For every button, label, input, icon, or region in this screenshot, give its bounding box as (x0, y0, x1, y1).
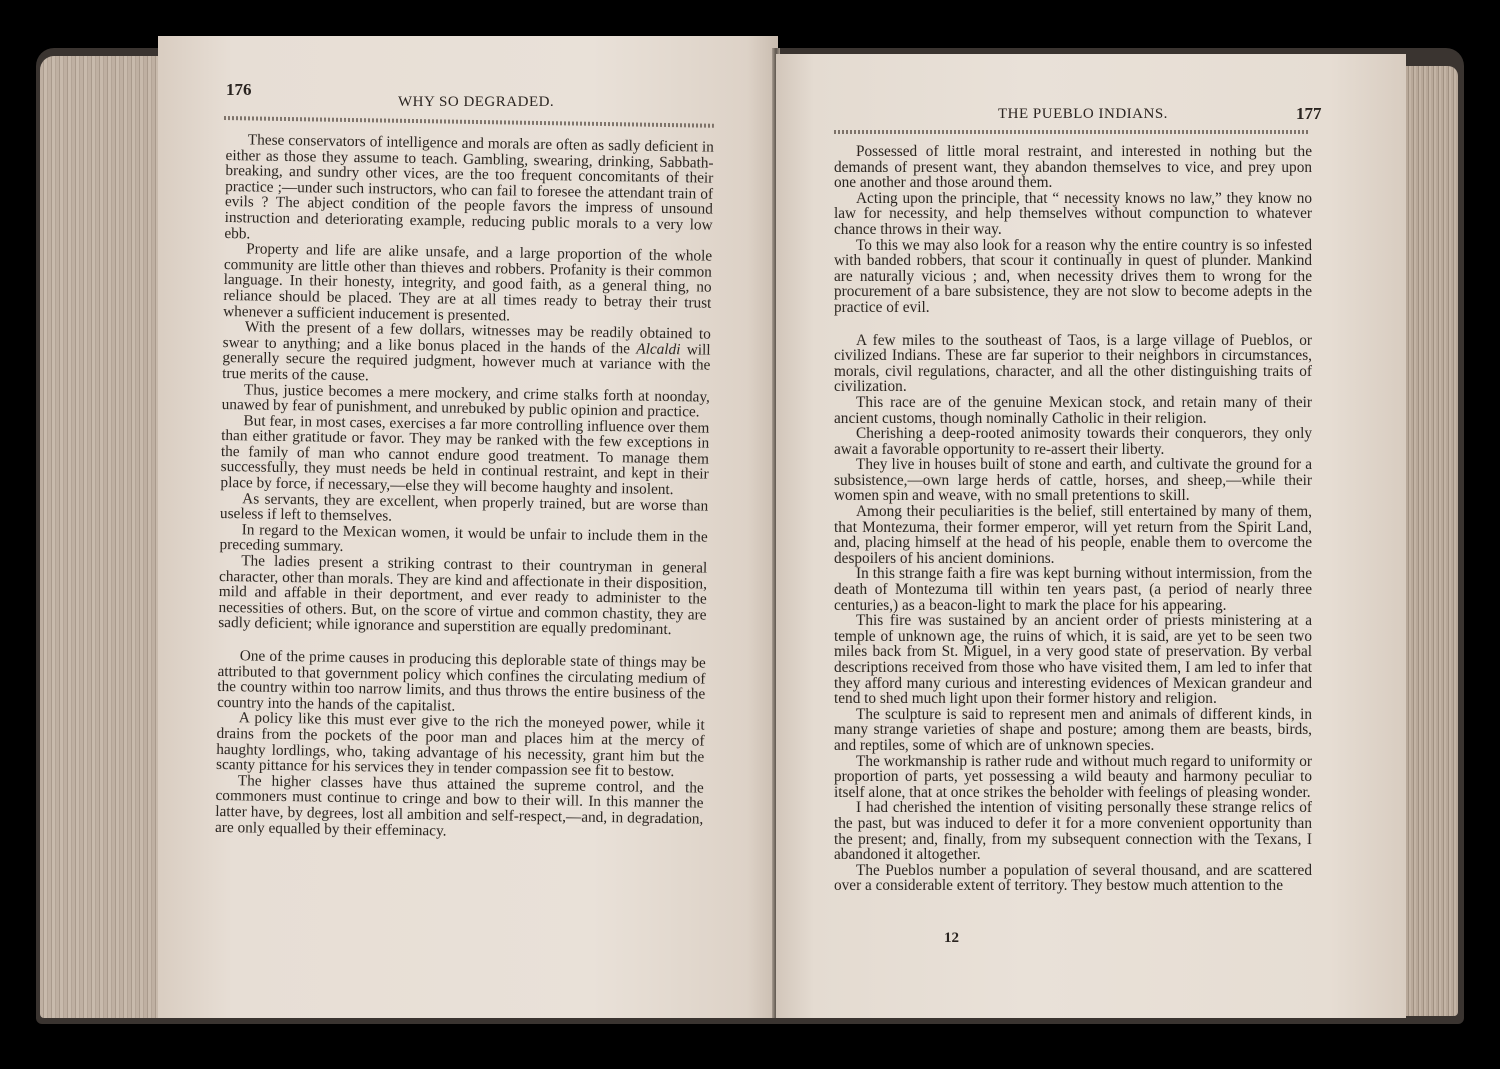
right-page-body: Possessed of little moral restraint, and… (834, 144, 1312, 894)
paragraph: The higher classes have thus attained th… (215, 773, 704, 843)
paragraph: But fear, in most cases, exercises a far… (220, 413, 709, 499)
paragraph: A policy like this must ever give to the… (216, 710, 705, 780)
paragraph: This race are of the genuine Mexican sto… (834, 395, 1312, 426)
paragraph: The Pueblos number a population of sever… (834, 863, 1312, 894)
paragraph: In this strange faith a fire was kept bu… (834, 566, 1312, 613)
right-page: THE PUEBLO INDIANS. 177 Possessed of lit… (776, 54, 1406, 1018)
left-page: 176 WHY SO DEGRADED. These conservators … (158, 36, 778, 1018)
paragraph: The sculpture is said to represent men a… (834, 707, 1312, 754)
paragraph: I had cherished the intention of visitin… (834, 800, 1312, 862)
page-edges-right (1406, 66, 1458, 1016)
paragraph: Property and life are alike unsafe, and … (223, 241, 712, 327)
page-number-right: 177 (1296, 104, 1322, 124)
paragraph: This fire was sustained by an ancient or… (834, 613, 1312, 707)
paragraph: The workmanship is rather rude and witho… (834, 754, 1312, 801)
paragraph: Possessed of little moral restraint, and… (834, 144, 1312, 191)
paragraph: The ladies present a striking contrast t… (218, 553, 707, 639)
paragraph: With the present of a few dollars, witne… (222, 319, 711, 389)
paragraph: Cherishing a deep-rooted animosity towar… (834, 426, 1312, 457)
open-book: 176 WHY SO DEGRADED. These conservators … (36, 48, 1464, 1024)
decorative-rule-right (834, 130, 1310, 134)
paragraph: Among their peculiarities is the belief,… (834, 504, 1312, 566)
paragraph: A few miles to the southeast of Taos, is… (834, 333, 1312, 395)
paragraph: Acting upon the principle, that “ necess… (834, 191, 1312, 238)
decorative-rule-left (224, 116, 714, 128)
paragraph: One of the prime causes in producing thi… (217, 648, 706, 718)
running-head-left: WHY SO DEGRADED. (398, 94, 554, 111)
page-edges-left (40, 56, 168, 1018)
paragraph: To this we may also look for a reason wh… (834, 238, 1312, 316)
left-page-body: These conservators of intelligence and m… (215, 132, 714, 843)
running-head-right: THE PUEBLO INDIANS. (998, 106, 1168, 123)
paragraph: They live in houses built of stone and e… (834, 457, 1312, 504)
page-number-left: 176 (226, 80, 252, 100)
signature-mark: 12 (944, 930, 959, 947)
paragraph: These conservators of intelligence and m… (224, 132, 714, 249)
